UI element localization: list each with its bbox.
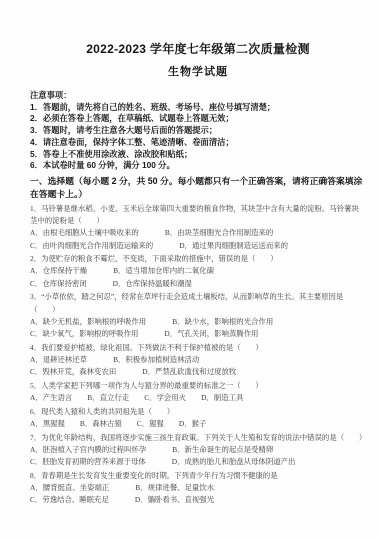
question-option: D．成熟的胎儿和胎盘从母体阴道产出 [172, 456, 296, 468]
question-option: B．新生命诞生的起点是受精卵 [172, 444, 273, 456]
notice-item: 2．必须在答卷上答题，在草稿纸、试题卷上答题无效； [30, 113, 366, 125]
question-option: D．躺卧看书、直视强光 [135, 494, 214, 506]
question-option: D．制造工具 [201, 392, 243, 404]
question-5: 5．人类学家把下列哪一项作为人与猿分界的最重要的标准之一（ ） A．产生语言 B… [30, 380, 366, 404]
question-option: B．适当增加仓库内的二氧化碳 [113, 265, 214, 277]
question-stem: 4．我们要爱护植被，绿化祖国。下列做法不利于保护植被的是（ ） [30, 342, 366, 354]
question-option: A．腰背挺直、坐姿端正 [30, 482, 109, 494]
question-4: 4．我们要爱护植被，绿化祖国。下列做法不利于保护植被的是（ ） A．退耕还林还草… [30, 342, 366, 379]
option-row: A．缺少无机盐，影响根的呼吸作用 B．缺少水，影响根的光合作用 [30, 316, 366, 328]
question-option: D．通过果肉细胞制造运送而来的 [179, 240, 288, 252]
question-1: 1．马铃薯是继水稻、小麦、玉米后全球第四大重要的粮食作物，其块茎中含有大量的淀粉… [30, 203, 366, 252]
question-option: D．气孔关闭，影响蒸腾作用 [164, 328, 258, 340]
question-option: A．退耕还林还草 [30, 354, 87, 366]
question-stem: 1．马铃薯是继水稻、小麦、玉米后全球第四大重要的粮食作物，其块茎中含有大量的淀粉… [30, 203, 366, 227]
option-row: C．胚胎发育初期的营养来源于母体 D．成熟的胎儿和胎盘从母体阴道产出 [30, 456, 366, 468]
page-title: 2022-2023 学年度七年级第二次质量检测 [30, 42, 366, 56]
section-header-choice-questions: 一、选择题（每小题 2 分，共 50 分。每小题都只有一个正确答案，请将正确答案… [30, 175, 366, 201]
notice-item: 3．答题时，请考生注意各大题号后面的答题提示； [30, 125, 366, 137]
question-option: C．学会用火 [144, 392, 186, 404]
question-stem: 5．人类学家把下列哪一项作为人与猿分界的最重要的标准之一（ ） [30, 380, 366, 392]
question-stem: 6．现代类人猿和人类的共同祖先是（ ） [30, 406, 366, 418]
question-option: B．森林古猿 [80, 418, 122, 430]
question-option: C．胚胎发育初期的营养来源于母体 [30, 456, 146, 468]
question-option: D．猴子 [179, 418, 207, 430]
question-6: 6．现代类人猿和人类的共同祖先是（ ） A．黑猩猩 B．森林古猿 C．猩猩 D．… [30, 406, 366, 430]
question-option: B．积极参加植树造林活动 [113, 354, 199, 366]
option-row: C．毁林开荒，森林变农田 D．严禁乱砍滥伐和过度放牧 [30, 366, 366, 378]
exam-paper-page: 2022-2023 学年度七年级第二次质量检测 生物学试题 注意事项： 1．答题… [0, 0, 380, 538]
notice-item: 1．答题前，请先将自己的姓名、班级、考场号、座位号填写清楚； [30, 102, 366, 114]
question-option: B．直立行走 [87, 392, 129, 404]
question-option: D．仓库保持温暖和潮湿 [113, 278, 192, 290]
question-option: A．仓库保持干燥 [30, 265, 87, 277]
question-option: A．缺少无机盐，影响根的呼吸作用 [30, 316, 146, 328]
question-7: 7．为优化年龄结构，我国将逐步实施三孩生育政策。下列关于人生殖和发育的说法中错误… [30, 432, 366, 469]
question-option: A．黑猩猩 [30, 418, 65, 430]
notices-label: 注意事项： [30, 90, 366, 102]
option-row: C．由叶肉细胞光合作用制造运输来的 D．通过果肉细胞制造运送而来的 [30, 240, 366, 252]
question-option: A．胚泡植入子宫内膜的过程叫怀孕 [30, 444, 146, 456]
question-stem: 7．为优化年龄结构，我国将逐步实施三孩生育政策。下列关于人生殖和发育的说法中错误… [30, 432, 366, 444]
option-row: A．仓库保持干燥 B．适当增加仓库内的二氧化碳 [30, 265, 366, 277]
question-8: 8．青春期是生长发育发生重要变化的时期。下列青少年行为习惯不健康的是 A．腰背挺… [30, 470, 366, 507]
question-2: 2．为使贮存的粮食不霉烂，不变质，下面采取的措施中，错误的是（ ） A．仓库保持… [30, 253, 366, 290]
question-option: C．由叶肉细胞光合作用制造运输来的 [30, 240, 153, 252]
notice-item: 6．本试卷时量 60 分钟，满分 100 分。 [30, 160, 366, 172]
question-stem: 8．青春期是生长发育发生重要变化的时期。下列青少年行为习惯不健康的是 [30, 470, 366, 482]
option-row: A．腰背挺直、坐姿端正 B．规律进餐、足量饮水 [30, 482, 366, 494]
option-row: A．胚泡植入子宫内膜的过程叫怀孕 B．新生命诞生的起点是受精卵 [30, 444, 366, 456]
question-option: B．规律进餐、足量饮水 [135, 482, 214, 494]
option-row: C．劳逸结合、睡眠充足 D．躺卧看书、直视强光 [30, 494, 366, 506]
option-row: C．缺少氧气，影响根的呼吸作用 D．气孔关闭，影响蒸腾作用 [30, 328, 366, 340]
question-3: 3．“小草依依，踏之何忍”，经常在草坪行走会造成土壤板结，从而影响草的生长。其主… [30, 291, 366, 340]
question-option: C．缺少氧气，影响根的呼吸作用 [30, 328, 138, 340]
question-option: B．由块茎细胞光合作用制造来的 [165, 227, 273, 239]
question-option: A．由根毛细胞从土壤中吸收来的 [30, 227, 139, 239]
notice-item: 5．答卷上不准使用涂改液、涂改胶和贴纸； [30, 149, 366, 161]
question-list: 1．马铃薯是继水稻、小麦、玉米后全球第四大重要的粮食作物，其块茎中含有大量的淀粉… [30, 203, 366, 506]
question-stem: 3．“小草依依，踏之何忍”，经常在草坪行走会造成土壤板结，从而影响草的生长。其主… [30, 291, 366, 315]
question-option: C．劳逸结合、睡眠充足 [30, 494, 109, 506]
option-row: C．仓库保持密闭 D．仓库保持温暖和潮湿 [30, 278, 366, 290]
question-option: A．产生语言 [30, 392, 72, 404]
notices-section: 注意事项： 1．答题前，请先将自己的姓名、班级、考场号、座位号填写清楚； 2．必… [30, 90, 366, 172]
notice-item: 4．请注意卷面，保持字体工整、笔迹清晰、卷面清洁； [30, 137, 366, 149]
question-option: D．严禁乱砍滥伐和过度放牧 [142, 366, 236, 378]
option-row: A．黑猩猩 B．森林古猿 C．猩猩 D．猴子 [30, 418, 366, 430]
question-option: C．仓库保持密闭 [30, 278, 87, 290]
question-stem: 2．为使贮存的粮食不霉烂，不变质，下面采取的措施中，错误的是（ ） [30, 253, 366, 265]
option-row: A．产生语言 B．直立行走 C．学会用火 D．制造工具 [30, 392, 366, 404]
option-row: A．由根毛细胞从土壤中吸收来的 B．由块茎细胞光合作用制造来的 [30, 227, 366, 239]
page-subtitle: 生物学试题 [30, 66, 366, 79]
question-option: B．缺少水，影响根的光合作用 [172, 316, 273, 328]
question-option: C．猩猩 [137, 418, 164, 430]
question-option: C．毁林开荒，森林变农田 [30, 366, 116, 378]
option-row: A．退耕还林还草 B．积极参加植树造林活动 [30, 354, 366, 366]
